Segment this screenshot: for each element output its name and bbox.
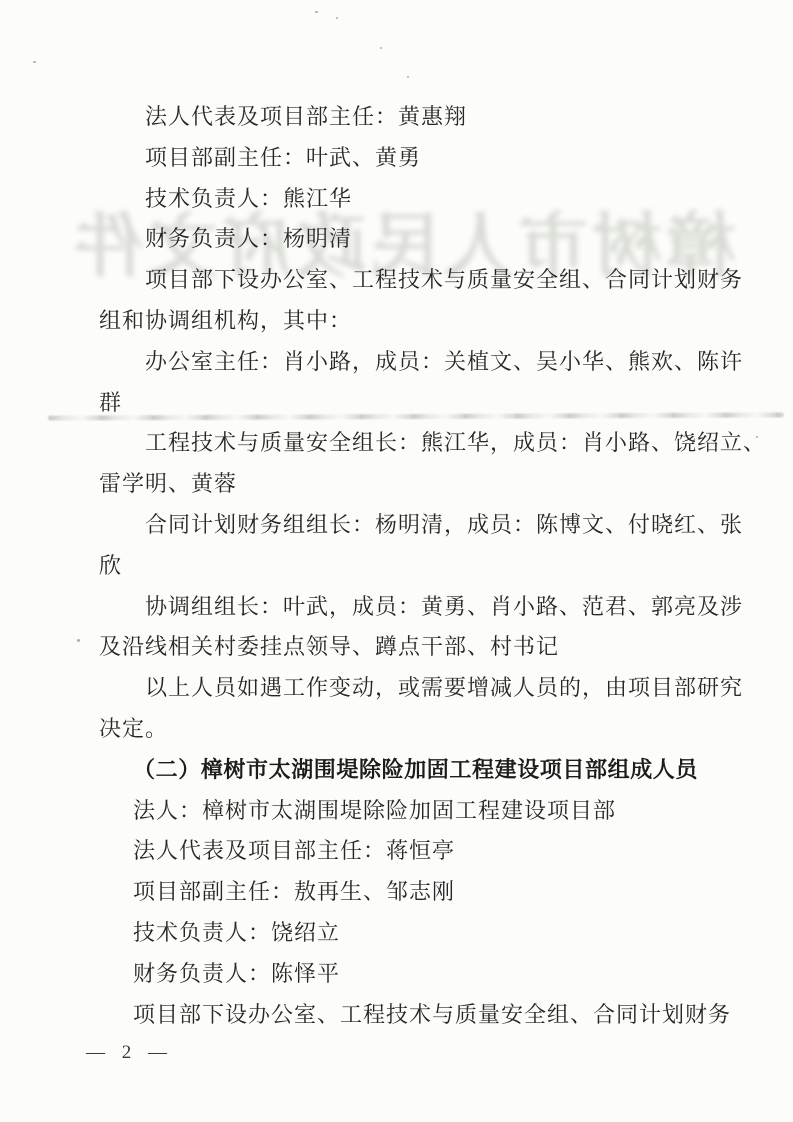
doc-line: 项目部下设办公室、工程技术与质量安全组、合同计划财务 <box>99 260 763 301</box>
doc-line: 办公室主任：肖小路，成员：关植文、吴小华、熊欢、陈许 <box>99 342 763 383</box>
doc-line: 以上人员如遇工作变动，或需要增减人员的，由项目部研究 <box>99 668 763 709</box>
doc-line: 财务负责人：陈怿平 <box>99 954 763 995</box>
doc-line: 技术负责人：熊江华 <box>99 179 763 220</box>
scan-speck <box>380 47 382 49</box>
doc-line: 雷学明、黄蓉 <box>99 464 763 505</box>
doc-line: 工程技术与质量安全组长：熊江华，成员：肖小路、饶绍立、 <box>99 423 763 464</box>
scan-speck <box>33 61 36 63</box>
document-body: 法人代表及项目部主任：黄惠翔 项目部副主任：叶武、黄勇 技术负责人：熊江华 财务… <box>99 97 763 1035</box>
doc-line: 项目部副主任：叶武、黄勇 <box>99 138 763 179</box>
scan-speck <box>315 11 318 13</box>
doc-line: 项目部副主任：敖再生、邹志刚 <box>99 872 763 913</box>
doc-line: 法人代表及项目部主任：蒋恒亭 <box>99 831 763 872</box>
doc-line: 群 <box>99 383 763 424</box>
page-number: — 2 — <box>86 1042 173 1064</box>
scan-speck <box>407 76 409 78</box>
section-heading: （二）樟树市太湖围堤除险加固工程建设项目部组成人员 <box>99 750 763 791</box>
doc-line: 法人：樟树市太湖围堤除险加固工程建设项目部 <box>99 791 763 832</box>
doc-line: 组和协调组机构，其中： <box>99 301 763 342</box>
doc-line: 合同计划财务组组长：杨明清，成员：陈博文、付晓红、张 <box>99 505 763 546</box>
doc-line: 决定。 <box>99 709 763 750</box>
doc-line: 技术负责人：饶绍立 <box>99 913 763 954</box>
doc-line: 法人代表及项目部主任：黄惠翔 <box>99 97 763 138</box>
scan-speck <box>77 639 80 642</box>
doc-line: 财务负责人：杨明清 <box>99 219 763 260</box>
doc-line: 项目部下设办公室、工程技术与质量安全组、合同计划财务 <box>99 995 763 1036</box>
doc-line: 及沿线相关村委挂点领导、蹲点干部、村书记 <box>99 627 763 668</box>
scan-speck <box>336 17 338 19</box>
doc-line: 协调组组长：叶武，成员：黄勇、肖小路、范君、郭亮及涉 <box>99 587 763 628</box>
doc-line: 欣 <box>99 546 763 587</box>
scanned-document-page: 樟树市人民政府文件 法人代表及项目部主任：黄惠翔 项目部副主任：叶武、黄勇 技术… <box>0 0 793 1122</box>
